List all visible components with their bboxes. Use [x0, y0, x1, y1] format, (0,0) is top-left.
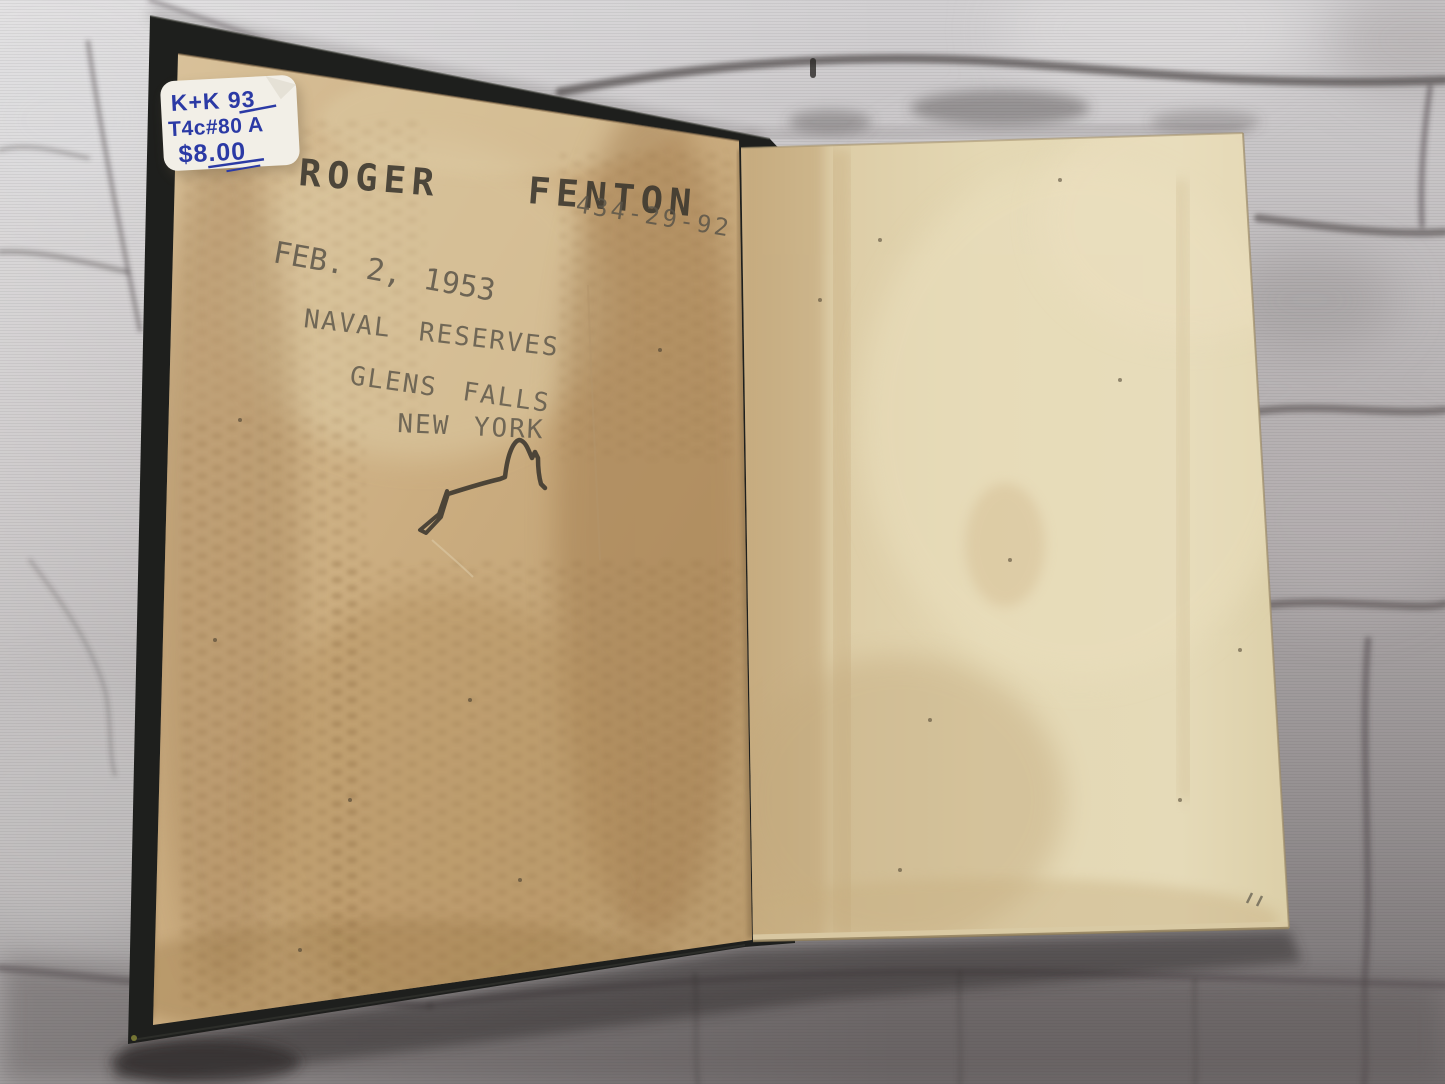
paper-speck — [818, 298, 822, 302]
wall-speck — [810, 58, 816, 78]
photo-canvas: ROGER FENTON 434-29-92 FEB. 2, 1953 NAVA… — [0, 0, 1445, 1084]
right-page — [720, 100, 1340, 962]
paper-speck — [1008, 558, 1012, 562]
paper-speck — [1118, 378, 1122, 382]
paper-speck — [1178, 798, 1182, 802]
paper-speck — [298, 948, 302, 952]
shadow-blob-corner — [110, 1040, 300, 1084]
paper-speck — [1058, 178, 1062, 182]
paper-speck — [658, 348, 662, 352]
page-stain — [965, 483, 1045, 607]
paper-speck — [518, 878, 522, 882]
cover-fleck — [131, 1035, 137, 1041]
paper-speck — [898, 868, 902, 872]
paper-speck — [238, 418, 242, 422]
photo-open-book-scene: ROGER FENTON 434-29-92 FEB. 2, 1953 NAVA… — [0, 0, 1445, 1084]
paper-speck — [348, 798, 352, 802]
page-stain — [1180, 180, 1186, 800]
paper-speck — [928, 718, 932, 722]
paper-speck — [1238, 648, 1242, 652]
cloth-impression-texture — [330, 560, 740, 1000]
paper-speck — [213, 638, 217, 642]
paper-speck — [468, 698, 472, 702]
price-sticker: K+K 93 T4c#80 A $8.00 — [160, 74, 305, 177]
paper-speck — [878, 238, 882, 242]
